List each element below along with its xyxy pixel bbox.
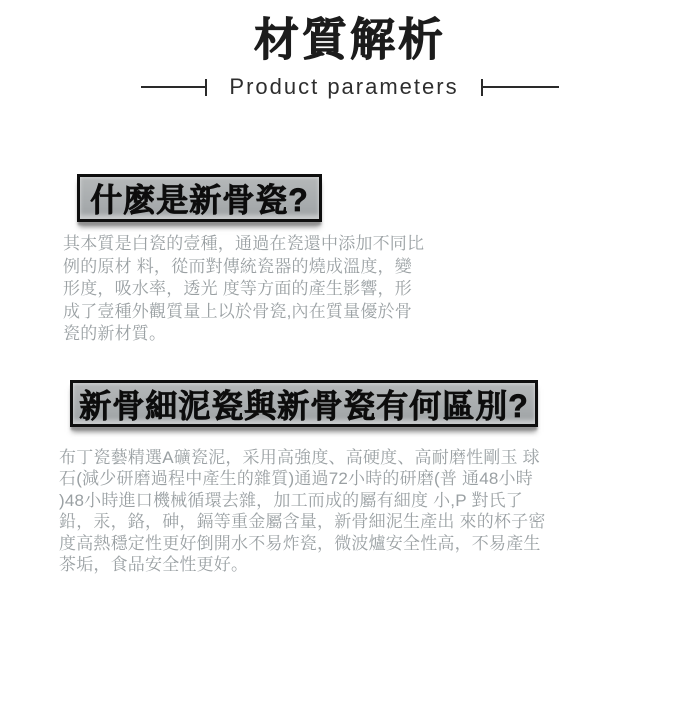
divider-tick-left: [205, 79, 207, 96]
subtitle-divider: Product parameters: [0, 71, 700, 103]
section-heading-box: 新骨細泥瓷與新骨瓷有何區別?: [70, 380, 538, 427]
section-heading: 什麽是新骨瓷?: [90, 175, 309, 221]
section-paragraph: 布丁瓷藝精選A礦瓷泥，采用高強度、高硬度、高耐磨性剛玉 球 石(減少研磨過程中產…: [59, 447, 564, 575]
product-parameters-page: 材質解析 Product parameters 什麽是新骨瓷? 其本質是白瓷的壹…: [0, 0, 700, 708]
page-subtitle: Product parameters: [229, 74, 458, 100]
divider-line-right: [483, 86, 559, 88]
section-heading-box: 什麽是新骨瓷?: [77, 174, 322, 222]
section-paragraph: 其本質是白瓷的壹種，通過在瓷還中添加不同比 例的原材 料，從而對傳統瓷器的燒成溫…: [63, 233, 438, 346]
page-title: 材質解析: [0, 14, 700, 66]
section-heading: 新骨細泥瓷與新骨瓷有何區別?: [79, 381, 529, 427]
divider-line-left: [141, 86, 205, 88]
